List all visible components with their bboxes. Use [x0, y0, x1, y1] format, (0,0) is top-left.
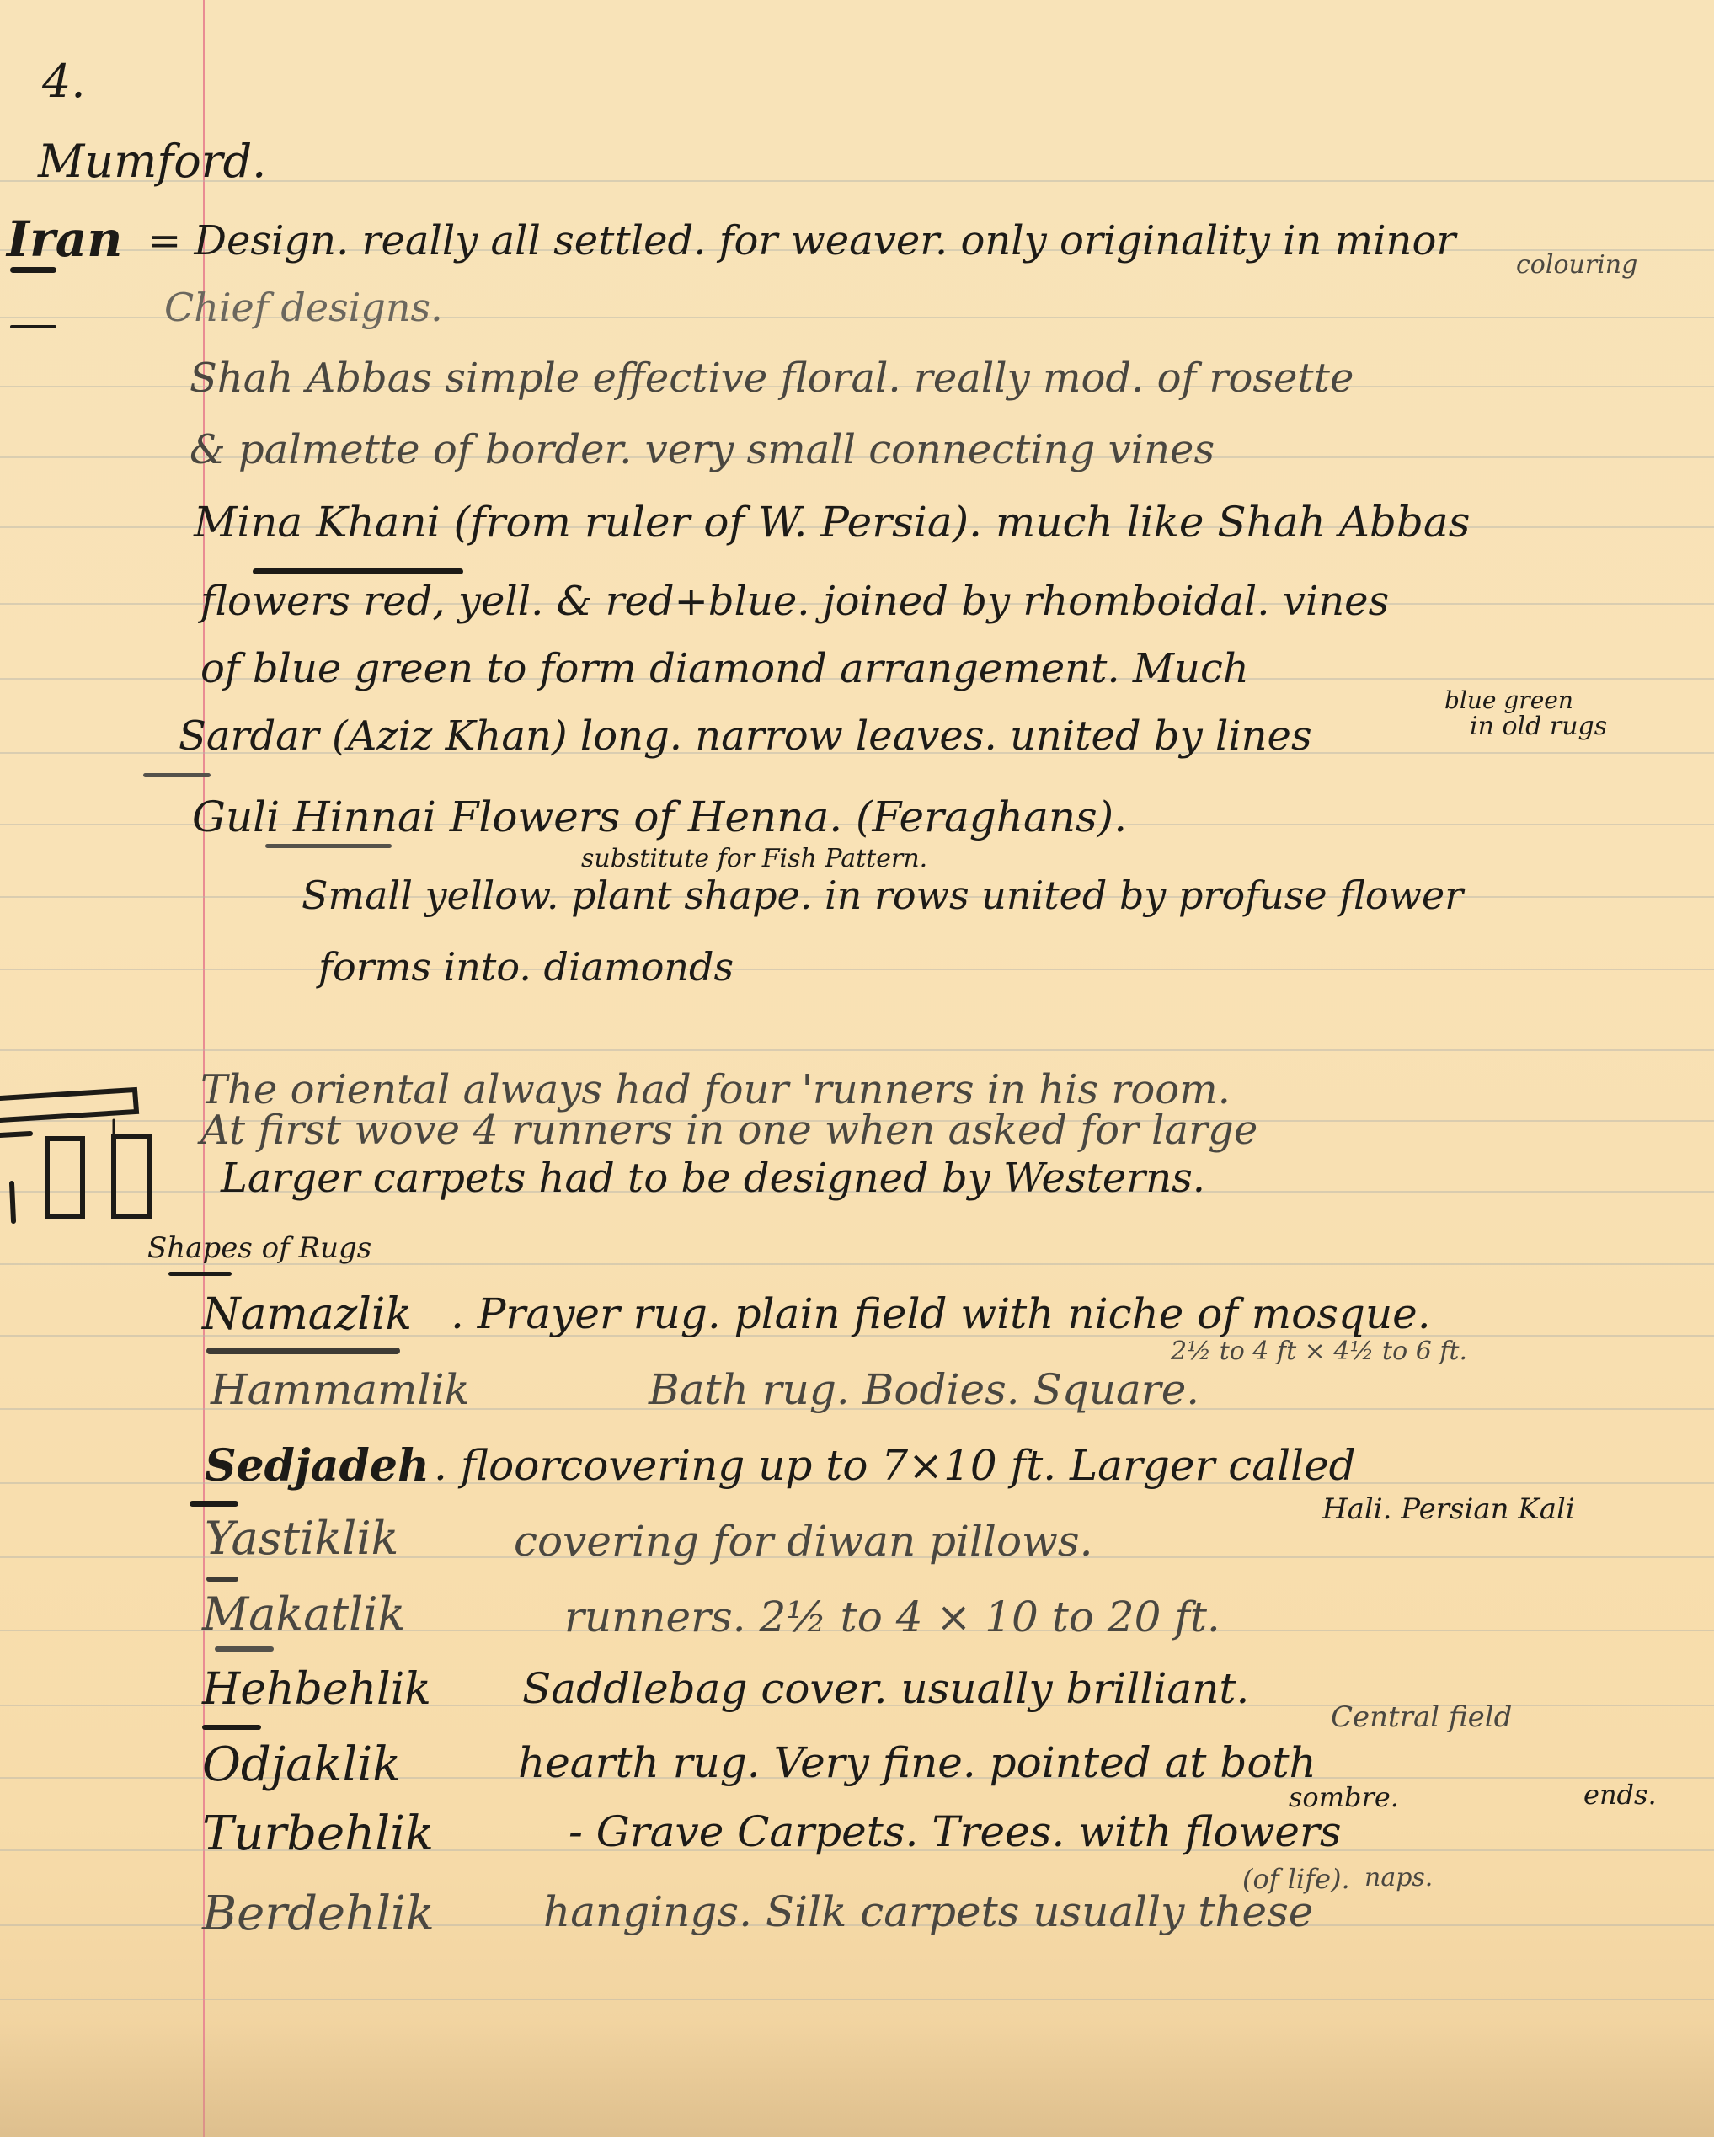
- interlinear-note: substitute for Fish Pattern.: [581, 846, 927, 872]
- rug-note: naps.: [1364, 1865, 1433, 1891]
- shapes-heading: Shapes of Rugs: [147, 1234, 371, 1262]
- rug-name: Sedjadeh: [205, 1444, 430, 1488]
- rug-desc: Saddlebag cover. usually brilliant.: [522, 1668, 1249, 1710]
- rug-note: 2½ to 4 ft × 4½ to 6 ft.: [1171, 1339, 1467, 1364]
- ruled-line: [0, 1049, 1714, 1051]
- rug-desc: . Prayer rug. plain field with niche of …: [451, 1293, 1431, 1335]
- rug-name-underline: [206, 1577, 238, 1582]
- design-entry: Guli Hinnai Flowers of Henna. (Feraghans…: [192, 796, 1127, 838]
- rug-desc: - Grave Carpets. Trees. with flowers: [569, 1811, 1342, 1853]
- rug-desc: covering for diwan pillows.: [514, 1520, 1092, 1562]
- design-entry: & palmette of border. very small connect…: [190, 430, 1215, 470]
- design-entry: flowers red, yell. & red+blue. joined by…: [200, 581, 1389, 622]
- rug-name: Hammamlik: [211, 1369, 470, 1411]
- runner-note-line: At first wove 4 runners in one when aske…: [200, 1110, 1257, 1150]
- rug-name: Odjaklik: [202, 1742, 401, 1789]
- design-entry: Sardar (Aziz Khan) long. narrow leaves. …: [179, 716, 1312, 756]
- rug-desc: hearth rug. Very fine. pointed at both: [518, 1742, 1316, 1784]
- furniture-layout-sketch: [0, 1086, 156, 1230]
- rug-name-underline: [215, 1646, 274, 1652]
- rug-name-underline: [202, 1725, 261, 1730]
- runner-note-line: The oriental always had four 'runners in…: [200, 1070, 1231, 1110]
- page-heading: Mumford.: [38, 139, 266, 184]
- design-entry: Mina Khani (from ruler of W. Persia). mu…: [194, 501, 1470, 543]
- design-entry: Shah Abbas simple effective floral. real…: [190, 358, 1354, 398]
- runner-note-line: Larger carpets had to be designed by Wes…: [221, 1158, 1205, 1198]
- rug-desc: hangings. Silk carpets usually these: [543, 1891, 1313, 1933]
- design-entry: forms into. diamonds: [318, 947, 734, 986]
- rug-note: Central field: [1331, 1703, 1512, 1732]
- entry-underline: [265, 844, 392, 848]
- term-underline: [10, 267, 56, 273]
- definition-line: = Design. really all settled. for weaver…: [147, 221, 1455, 261]
- rug-name: Hehbehlik: [202, 1668, 431, 1711]
- rug-note: Hali. Persian Kali: [1322, 1495, 1575, 1524]
- rug-name: Berdehlik: [202, 1891, 435, 1938]
- rug-desc: runners. 2½ to 4 × 10 to 20 ft.: [564, 1596, 1220, 1638]
- design-entry: Small yellow. plant shape. in rows unite…: [302, 876, 1463, 915]
- ruled-line: [0, 1999, 1714, 2000]
- rug-desc: Bath rug. Bodies. Square.: [649, 1369, 1199, 1411]
- rug-name-underline: [190, 1501, 238, 1507]
- page-number: 4.: [42, 59, 86, 104]
- rug-name-underline: [206, 1347, 400, 1354]
- section-term: Iran: [7, 215, 122, 264]
- side-note: blue green: [1444, 689, 1573, 712]
- design-entry: of blue green to form diamond arrangemen…: [200, 648, 1249, 689]
- dash-mark: [10, 325, 56, 328]
- rug-desc: . floorcovering up to 7×10 ft. Larger ca…: [434, 1444, 1356, 1486]
- side-note: in old rugs: [1470, 714, 1607, 739]
- chief-designs-label: Chief designs.: [164, 288, 443, 327]
- rug-name: Namazlik: [202, 1293, 412, 1337]
- rug-name: Turbehlik: [202, 1811, 434, 1858]
- notebook-page: 4. Mumford. Iran = Design. really all se…: [0, 0, 1714, 2137]
- entry-underline: [253, 568, 463, 574]
- ruled-line: [0, 969, 1714, 970]
- definition-note: colouring: [1516, 253, 1637, 278]
- rug-name: Yastiklik: [205, 1516, 398, 1561]
- heading-underline: [168, 1272, 232, 1276]
- entry-underline: [143, 773, 211, 777]
- rug-note: ends.: [1583, 1781, 1657, 1808]
- rug-name: Makatlik: [202, 1592, 405, 1637]
